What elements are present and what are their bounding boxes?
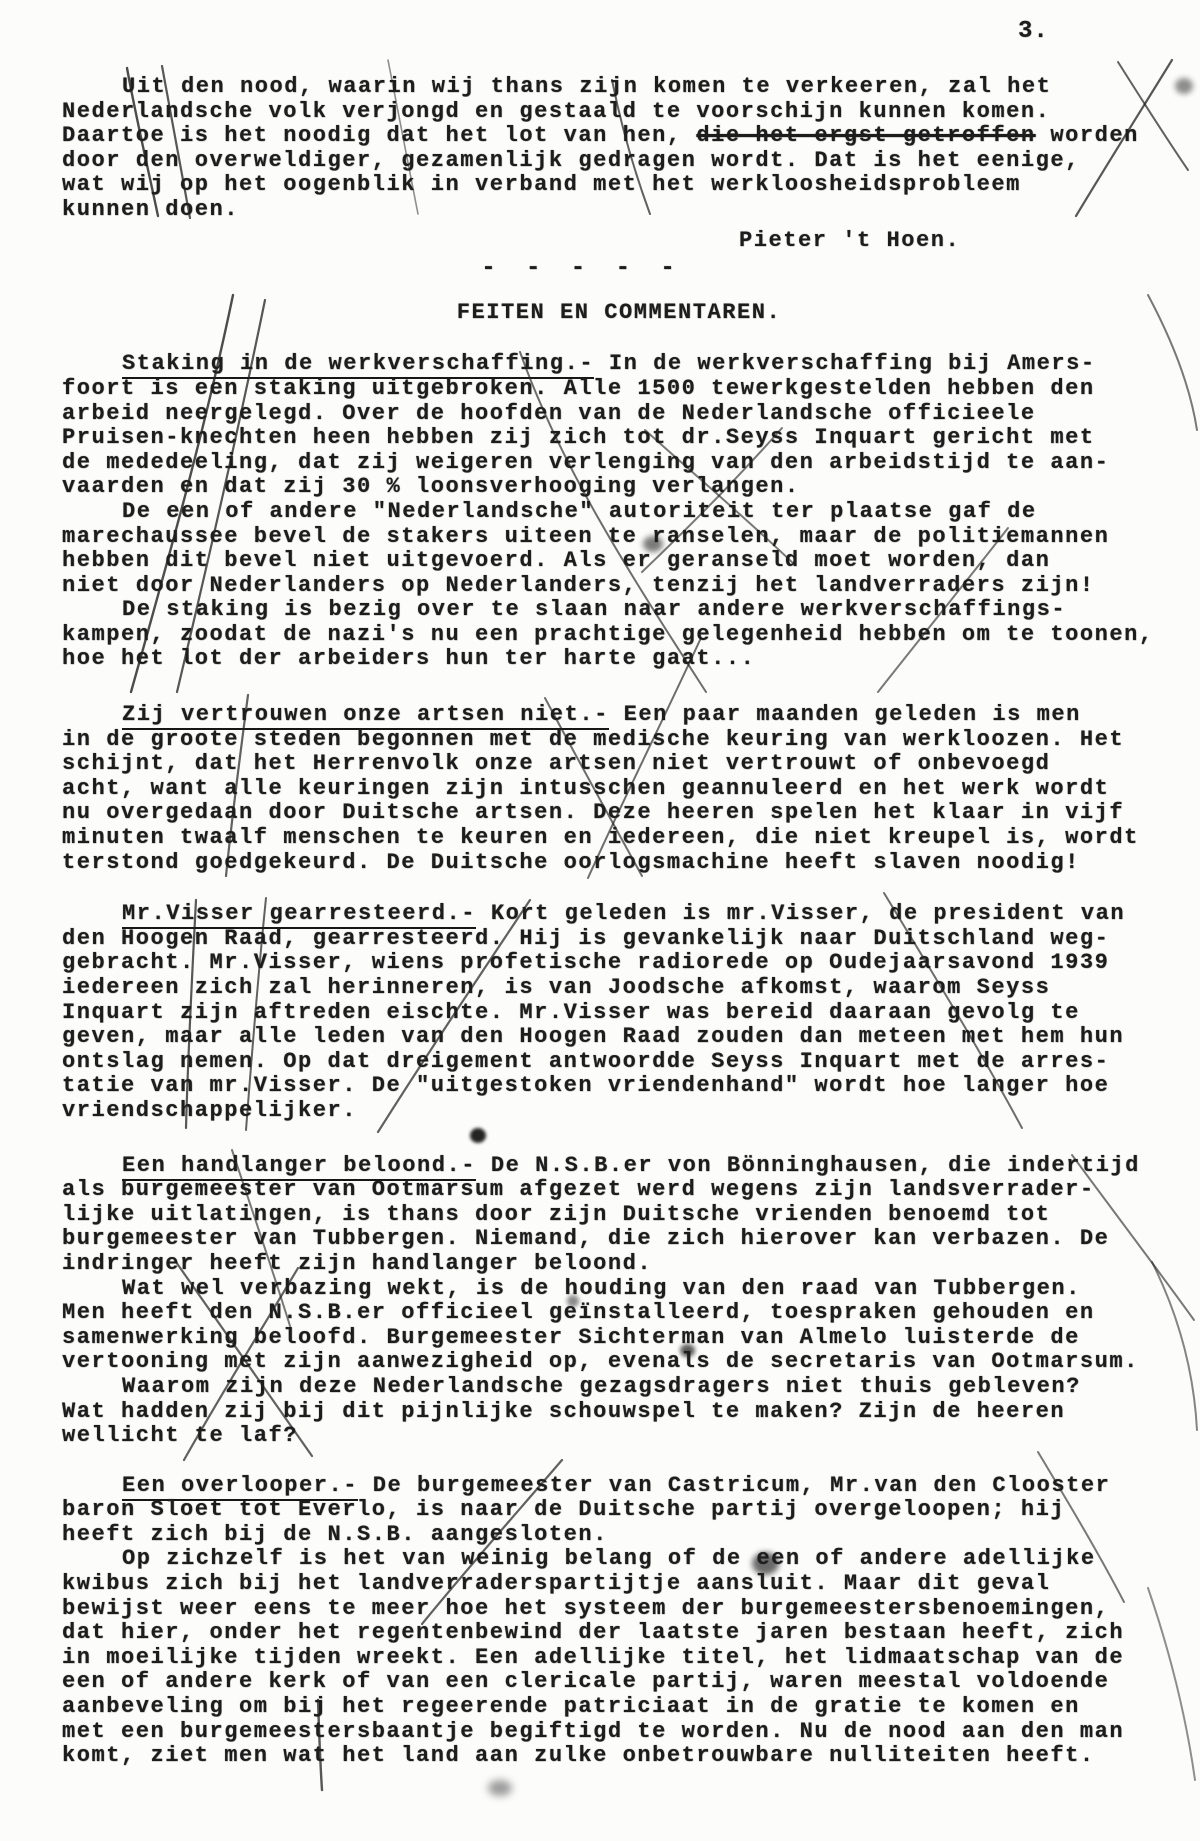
text-line: door den overweldiger, gezamenlijk gedra…	[62, 149, 1200, 174]
text-line: in de groote steden begonnen met de medi…	[62, 728, 1200, 753]
text-line: heeft zich bij de N.S.B. aangesloten.	[62, 1523, 1200, 1548]
text-line: geven, maar alle leden van den Hoogen Ra…	[62, 1025, 1200, 1050]
section-first-line: Een overlooper.- De burgemeester van Cas…	[62, 1474, 1200, 1499]
section-heading: Zij vertrouwen onze artsen niet.-	[122, 702, 609, 730]
text-line: den Hoogen Raad, gearresteerd. Hij is ge…	[62, 927, 1200, 952]
text-line: als burgemeester van Ootmarsum afgezet w…	[62, 1178, 1200, 1203]
text-line: komt, ziet men wat het land aan zulke on…	[62, 1744, 1200, 1769]
text-line: vaarden en dat zij 30 % loonsverhooging …	[62, 475, 1200, 500]
text-line: kwibus zich bij het landverraderspartijt…	[62, 1572, 1200, 1597]
text-line: wellicht te laf?	[62, 1424, 1200, 1449]
text-line: Uit den nood, waarin wij thans zijn kome…	[62, 75, 1200, 100]
signature: Pieter 't Hoen.	[739, 229, 1200, 254]
text-line: arbeid neergelegd. Over de hoofden van d…	[62, 402, 1200, 427]
text-line: Daartoe is het noodig dat het lot van he…	[62, 124, 1200, 149]
text-line: burgemeester van Tubbergen. Niemand, die…	[62, 1227, 1200, 1252]
text-line: Nederlandsche volk verjongd en gestaald …	[62, 100, 1200, 125]
ink-blotch	[488, 1780, 512, 1796]
text-line: in moeilijke tijden wreekt. Een adellijk…	[62, 1646, 1200, 1671]
text-line: nu overgedaan door Duitsche artsen. Deze…	[62, 801, 1200, 826]
text-line: dat hier, onder het regentenbewind der l…	[62, 1621, 1200, 1646]
text-line: kampen, zoodat de nazi's nu een prachtig…	[62, 623, 1200, 648]
text-line: ontslag nemen. Op dat dreigement antwoor…	[62, 1050, 1200, 1075]
text-line: Waarom zijn deze Nederlandsche gezagsdra…	[62, 1375, 1200, 1400]
text-line: Op zichzelf is het van weinig belang of …	[62, 1547, 1200, 1572]
text-line: niet door Nederlanders op Nederlanders, …	[62, 574, 1200, 599]
text-line: hebben dit bevel niet uitgevoerd. Als er…	[62, 549, 1200, 574]
text-line: Wat hadden zij bij dit pijnlijke schouws…	[62, 1400, 1200, 1425]
text-line: vriendschappelijker.	[62, 1099, 1200, 1124]
scanned-document-page: 3. Uit den nood, waarin wij thans zijn k…	[0, 0, 1200, 1841]
text-line: marechaussee bevel de stakers uiteen te …	[62, 525, 1200, 550]
text-line: hoe het lot der arbeiders hun ter harte …	[62, 647, 1200, 672]
text-line: foort is een staking uitgebroken. Alle 1…	[62, 377, 1200, 402]
section-first-line: Mr.Visser gearresteerd.- Kort geleden is…	[62, 902, 1200, 927]
text-line: wat wij op het oogenblik in verband met …	[62, 173, 1200, 198]
section: Staking in de werkverschaffing.- In de w…	[62, 352, 1200, 672]
text-line: De een of andere "Nederlandsche" autorit…	[62, 500, 1200, 525]
text-line: De staking is bezig over te slaan naar a…	[62, 598, 1200, 623]
text-line: kunnen doen.	[62, 198, 1200, 223]
section: Mr.Visser gearresteerd.- Kort geleden is…	[62, 902, 1200, 1123]
text-line: gebracht. Mr.Visser, wiens profetische r…	[62, 951, 1200, 976]
section: Een overlooper.- De burgemeester van Cas…	[62, 1474, 1200, 1769]
text-line: vertooning met zijn aanwezigheid op, eve…	[62, 1350, 1200, 1375]
text-line: bewijst weer eens te meer hoe het systee…	[62, 1597, 1200, 1622]
text-line: Men heeft den N.S.B.er officieel geïnsta…	[62, 1301, 1200, 1326]
text-line: terstond goedgekeurd. De Duitsche oorlog…	[62, 851, 1200, 876]
text-line: acht, want alle keuringen zijn intussche…	[62, 777, 1200, 802]
document-content: Uit den nood, waarin wij thans zijn kome…	[0, 75, 1200, 1769]
text-line: Inquart zijn aftreden eischte. Mr.Visser…	[62, 1001, 1200, 1026]
text-line: een of andere kerk of van een clericale …	[62, 1670, 1200, 1695]
text-line: de mededeeling, dat zij weigeren verleng…	[62, 451, 1200, 476]
text-line: lijke uitlatingen, is thans door zijn Du…	[62, 1203, 1200, 1228]
sections-container: Staking in de werkverschaffing.- In de w…	[62, 352, 1200, 1768]
section: Zij vertrouwen onze artsen niet.- Een pa…	[62, 703, 1200, 875]
text-line: aanbeveling om bij het regeerende patric…	[62, 1695, 1200, 1720]
text-line: samenwerking beloofd. Burgemeester Sicht…	[62, 1326, 1200, 1351]
text-line: tatie van mr.Visser. De "uitgestoken vri…	[62, 1074, 1200, 1099]
text-line: baron Sloet tot Everlo, is naar de Duits…	[62, 1498, 1200, 1523]
intro-paragraph: Uit den nood, waarin wij thans zijn kome…	[62, 75, 1200, 223]
struck-text: die het ergst getroffen	[696, 123, 1035, 148]
text-line: Wat wel verbazing wekt, is de houding va…	[62, 1277, 1200, 1302]
text-line: Pruisen-knechten heen hebben zij zich to…	[62, 426, 1200, 451]
text-line: indringer heeft zijn handlanger beloond.	[62, 1252, 1200, 1277]
page-title: FEITEN EN COMMENTAREN.	[457, 301, 782, 326]
text-line: minuten twaalf menschen te keuren en ied…	[62, 826, 1200, 851]
text-line: met een burgemeestersbaantje begiftigd t…	[62, 1720, 1200, 1745]
text-line: iedereen zich zal herinneren, is van Joo…	[62, 976, 1200, 1001]
text-line: schijnt, dat het Herrenvolk onze artsen …	[62, 752, 1200, 777]
section-first-line: Zij vertrouwen onze artsen niet.- Een pa…	[62, 703, 1200, 728]
page-number: 3.	[1018, 20, 1049, 45]
section-first-line: Een handlanger beloond.- De N.S.B.er von…	[62, 1154, 1200, 1179]
section: Een handlanger beloond.- De N.S.B.er von…	[62, 1154, 1200, 1449]
section-first-line: Staking in de werkverschaffing.- In de w…	[62, 352, 1200, 377]
separator-dashes: - - - - -	[481, 257, 683, 282]
